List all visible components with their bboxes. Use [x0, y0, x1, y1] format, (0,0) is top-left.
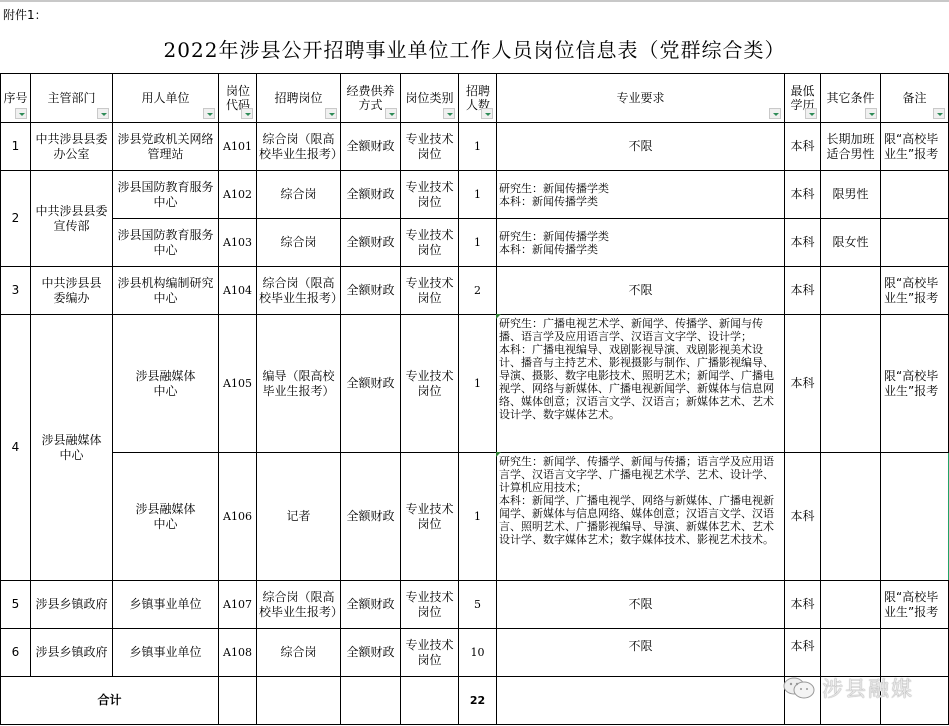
education-cell: 本科	[785, 171, 821, 219]
cell-comment-marker	[496, 452, 501, 457]
seq-cell: 2	[1, 171, 31, 267]
department-cell: 涉县乡镇政府	[31, 629, 113, 677]
empty-cell	[257, 677, 341, 725]
remark-cell: 限“高校毕业生”报考	[881, 581, 949, 629]
other-cell: 限男性	[821, 171, 881, 219]
department-cell: 中共涉县县委办公室	[31, 123, 113, 171]
remark-cell: 限“高校毕业生”报考	[881, 267, 949, 315]
seq-cell: 3	[1, 267, 31, 315]
header-unit: 用人单位	[113, 74, 219, 123]
funding-cell: 全额财政	[341, 219, 401, 267]
page-title: 2022年涉县公开招聘事业单位工作人员岗位信息表（党群综合类）	[0, 34, 949, 63]
filter-dropdown-icon[interactable]	[481, 108, 493, 119]
department-cell: 中共涉县县委宣传部	[31, 171, 113, 267]
code-cell: A106	[219, 453, 257, 581]
remark-cell: 限“高校毕业生”报考	[881, 315, 949, 453]
other-cell: 长期加班适合男性	[821, 123, 881, 171]
table-row: 4 涉县融媒体中心 涉县融媒体中心 A105 编导（限高校毕业生报考） 全额财政…	[1, 315, 949, 453]
count-cell: 1	[459, 171, 497, 219]
position-cell: 综合岗（限高校毕业生报考）	[257, 581, 341, 629]
major-cell: 不限	[497, 267, 785, 315]
filter-dropdown-icon[interactable]	[385, 108, 397, 119]
empty-cell	[497, 677, 785, 725]
seq-cell: 5	[1, 581, 31, 629]
filter-dropdown-icon[interactable]	[15, 108, 27, 119]
empty-cell	[219, 677, 257, 725]
education-cell: 本科	[785, 267, 821, 315]
count-cell: 1	[459, 219, 497, 267]
count-cell: 5	[459, 581, 497, 629]
major-cell: 研究生：广播电视艺术学、新闻学、传播学、新闻与传播、语言学及应用语言学、汉语言文…	[497, 315, 785, 453]
position-cell: 综合岗（限高校毕业生报考）	[257, 123, 341, 171]
filter-dropdown-icon[interactable]	[865, 108, 877, 119]
wechat-icon	[782, 676, 816, 700]
funding-cell: 全额财政	[341, 315, 401, 453]
count-cell: 1	[459, 123, 497, 171]
table-row: 1 中共涉县县委办公室 涉县党政机关网络管理站 A101 综合岗（限高校毕业生报…	[1, 123, 949, 171]
header-remark: 备注	[881, 74, 949, 123]
category-cell: 专业技术岗位	[401, 315, 459, 453]
category-cell: 专业技术岗位	[401, 123, 459, 171]
table-row: 涉县融媒体中心 A106 记者 全额财政 专业技术岗位 1 研究生：新闻学、传播…	[1, 453, 949, 581]
seq-cell: 4	[1, 315, 31, 581]
table-row: 5 涉县乡镇政府 乡镇事业单位 A107 综合岗（限高校毕业生报考） 全额财政 …	[1, 581, 949, 629]
major-cell: 研究生：新闻传播学类 本科：新闻传播学类	[497, 171, 785, 219]
filter-dropdown-icon[interactable]	[97, 108, 109, 119]
funding-cell: 全额财政	[341, 629, 401, 677]
count-cell: 1	[459, 453, 497, 581]
code-cell: A108	[219, 629, 257, 677]
count-cell: 10	[459, 629, 497, 677]
table-row: 涉县国防教育服务中心 A103 综合岗 全额财政 专业技术岗位 1 研究生：新闻…	[1, 219, 949, 267]
position-cell: 编导（限高校毕业生报考）	[257, 315, 341, 453]
department-cell: 涉县融媒体中心	[31, 315, 113, 581]
unit-cell: 涉县国防教育服务中心	[113, 171, 219, 219]
header-category: 岗位类别	[401, 74, 459, 123]
category-cell: 专业技术岗位	[401, 581, 459, 629]
total-label: 合计	[1, 677, 219, 725]
unit-cell: 乡镇事业单位	[113, 629, 219, 677]
code-cell: A104	[219, 267, 257, 315]
major-cell: 不限	[497, 581, 785, 629]
category-cell: 专业技术岗位	[401, 453, 459, 581]
filter-dropdown-icon[interactable]	[805, 108, 817, 119]
cell-comment-marker	[496, 314, 501, 319]
category-cell: 专业技术岗位	[401, 267, 459, 315]
header-major: 专业要求	[497, 74, 785, 123]
other-cell	[821, 267, 881, 315]
department-cell: 涉县乡镇政府	[31, 581, 113, 629]
funding-cell: 全额财政	[341, 581, 401, 629]
filter-dropdown-icon[interactable]	[769, 108, 781, 119]
header-code: 岗位代码	[219, 74, 257, 123]
table-row: 3 中共涉县县委编办 涉县机构编制研究中心 A104 综合岗（限高校毕业生报考）…	[1, 267, 949, 315]
education-cell: 本科	[785, 453, 821, 581]
filter-dropdown-icon[interactable]	[203, 108, 215, 119]
unit-cell: 涉县融媒体中心	[113, 315, 219, 453]
education-cell: 本科	[785, 629, 821, 677]
education-cell: 本科	[785, 219, 821, 267]
major-cell: 不限	[497, 629, 785, 677]
unit-cell: 乡镇事业单位	[113, 581, 219, 629]
other-cell	[821, 581, 881, 629]
unit-cell: 涉县机构编制研究中心	[113, 267, 219, 315]
unit-cell: 涉县融媒体中心	[113, 453, 219, 581]
attachment-label: 附件1：	[3, 6, 47, 23]
remark-cell	[881, 219, 949, 267]
header-row: 序号 主管部门 用人单位 岗位代码 招聘岗位 经费供养方式 岗位类别 招聘人数 …	[1, 74, 949, 123]
funding-cell: 全额财政	[341, 171, 401, 219]
funding-cell: 全额财政	[341, 453, 401, 581]
education-cell: 本科	[785, 581, 821, 629]
seq-cell: 6	[1, 629, 31, 677]
header-position: 招聘岗位	[257, 74, 341, 123]
table-row: 6 涉县乡镇政府 乡镇事业单位 A108 综合岗 全额财政 专业技术岗位 10 …	[1, 629, 949, 677]
funding-cell: 全额财政	[341, 267, 401, 315]
department-cell: 中共涉县县委编办	[31, 267, 113, 315]
major-cell: 研究生：新闻传播学类 本科：新闻传播学类	[497, 219, 785, 267]
seq-cell: 1	[1, 123, 31, 171]
remark-cell	[881, 453, 949, 581]
header-count: 招聘人数	[459, 74, 497, 123]
count-cell: 1	[459, 315, 497, 453]
watermark: 涉县融媒	[782, 673, 914, 703]
remark-cell	[881, 629, 949, 677]
table-row: 2 中共涉县县委宣传部 涉县国防教育服务中心 A102 综合岗 全额财政 专业技…	[1, 171, 949, 219]
header-seq: 序号	[1, 74, 31, 123]
filter-dropdown-icon[interactable]	[325, 108, 337, 119]
other-cell	[821, 453, 881, 581]
position-cell: 综合岗	[257, 219, 341, 267]
category-cell: 专业技术岗位	[401, 171, 459, 219]
major-cell: 不限	[497, 123, 785, 171]
category-cell: 专业技术岗位	[401, 219, 459, 267]
header-education: 最低学历	[785, 74, 821, 123]
unit-cell: 涉县国防教育服务中心	[113, 219, 219, 267]
header-funding: 经费供养方式	[341, 74, 401, 123]
job-positions-table: 序号 主管部门 用人单位 岗位代码 招聘岗位 经费供养方式 岗位类别 招聘人数 …	[0, 73, 949, 725]
education-cell: 本科	[785, 123, 821, 171]
code-cell: A103	[219, 219, 257, 267]
total-count: 22	[459, 677, 497, 725]
unit-cell: 涉县党政机关网络管理站	[113, 123, 219, 171]
position-cell: 综合岗	[257, 629, 341, 677]
education-cell: 本科	[785, 315, 821, 453]
header-department: 主管部门	[31, 74, 113, 123]
filter-dropdown-icon[interactable]	[933, 108, 945, 119]
code-cell: A105	[219, 315, 257, 453]
other-cell	[821, 629, 881, 677]
code-cell: A101	[219, 123, 257, 171]
position-cell: 综合岗	[257, 171, 341, 219]
filter-dropdown-icon[interactable]	[241, 108, 253, 119]
empty-cell	[341, 677, 401, 725]
funding-cell: 全额财政	[341, 123, 401, 171]
code-cell: A102	[219, 171, 257, 219]
position-cell: 综合岗（限高校毕业生报考）	[257, 267, 341, 315]
remark-cell	[881, 171, 949, 219]
count-cell: 2	[459, 267, 497, 315]
empty-cell	[401, 677, 459, 725]
category-cell: 专业技术岗位	[401, 629, 459, 677]
filter-dropdown-icon[interactable]	[443, 108, 455, 119]
major-cell: 研究生：新闻学、传播学、新闻与传播；语言学及应用语言学、汉语言文字学、广播电视艺…	[497, 453, 785, 581]
position-cell: 记者	[257, 453, 341, 581]
header-other: 其它条件	[821, 74, 881, 123]
code-cell: A107	[219, 581, 257, 629]
remark-cell: 限“高校毕业生”报考	[881, 123, 949, 171]
other-cell	[821, 315, 881, 453]
other-cell: 限女性	[821, 219, 881, 267]
top-border	[0, 0, 949, 2]
watermark-text: 涉县融媒	[822, 673, 914, 703]
